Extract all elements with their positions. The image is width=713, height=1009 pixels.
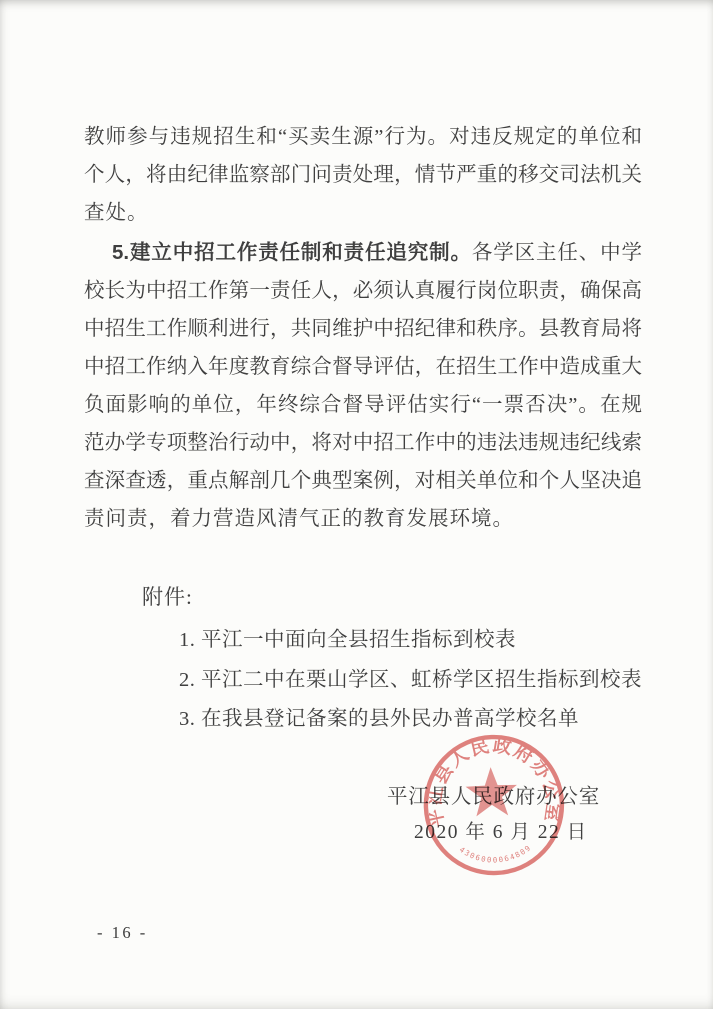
body-text-line: 中招工作纳入年度教育综合督导评估，在招生工作中造成重大 <box>84 348 642 386</box>
body-text-line: 教师参与违规招生和“买卖生源”行为。对违反规定的单位和 <box>84 118 642 156</box>
body-text-line: 校长为中招工作第一责任人，必须认真履行岗位职责，确保高 <box>84 272 642 310</box>
scanned-document-page: 教师参与违规招生和“买卖生源”行为。对违反规定的单位和 个人，将由纪律监察部门问… <box>0 0 713 1009</box>
bold-heading-run: 5.建立中招工作责任制和责任追究制。 <box>112 241 472 264</box>
attachment-item: 1. 平江一中面向全县招生指标到校表 <box>179 621 516 659</box>
body-text-line: 5.建立中招工作责任制和责任追究制。各学区主任、中学 <box>84 234 642 272</box>
attachment-item: 3. 在我县登记备案的县外民办普高学校名单 <box>179 700 579 738</box>
body-text-line: 负面影响的单位，年终综合督导评估实行“一票否决”。在规 <box>84 386 642 424</box>
body-text-line: 查处。 <box>84 194 642 232</box>
body-text-line: 个人，将由纪律监察部门问责处理，情节严重的移交司法机关 <box>84 156 642 194</box>
body-text-line: 范办学专项整治行动中，将对中招工作中的违法违规违纪线索 <box>84 424 642 462</box>
signature-organization: 平江县人民政府办公室 <box>387 778 600 816</box>
attachments-label: 附件: <box>142 578 193 616</box>
body-text-line: 查深查透，重点解剖几个典型案例，对相关单位和个人坚决追 <box>84 462 642 500</box>
body-text-line: 责问责，着力营造风清气正的教育发展环境。 <box>84 500 642 538</box>
body-text-line: 中招生工作顺利进行，共同维护中招纪律和秩序。县教育局将 <box>84 310 642 348</box>
body-text-run: 各学区主任、中学 <box>472 242 642 264</box>
signature-date: 2020 年 6 月 22 日 <box>414 814 588 852</box>
page-number: - 16 - <box>97 918 148 948</box>
attachment-item: 2. 平江二中在栗山学区、虹桥学区招生指标到校表 <box>179 661 642 699</box>
